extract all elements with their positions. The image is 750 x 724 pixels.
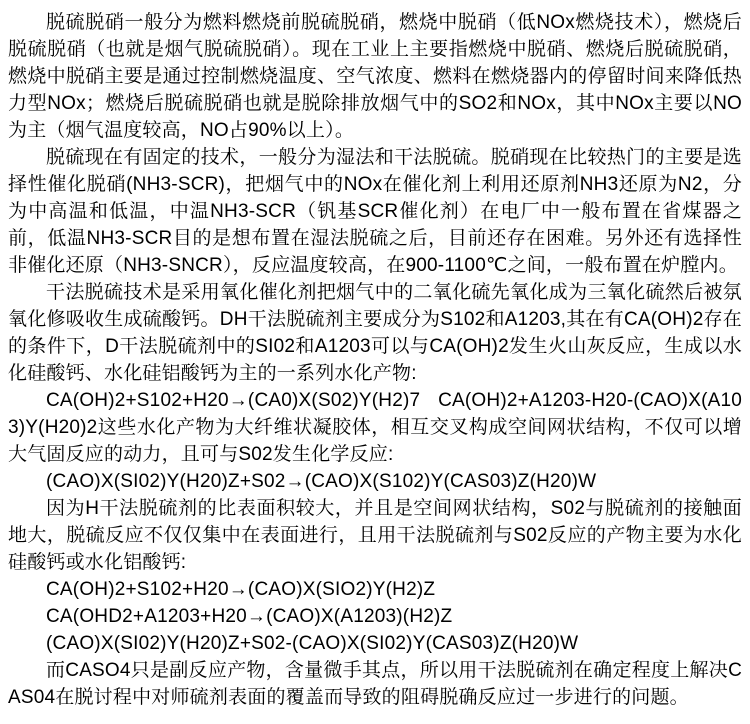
paragraph-surface-area-explanation: 因为H干法脱硫剂的比表面积较大，并且是空间网状结构，S02与脱硫剂的接触面地大，… [8, 495, 742, 576]
paragraph-so2-reaction-formula: (CAO)X(SI02)Y(H20)Z+S02→(CAO)X(S102)Y(CA… [8, 468, 742, 495]
paragraph-caso4-conclusion: 而CASO4只是副反应产物，含量微手其点，所以用干法脱硫剂在确定程度上解决CAS… [8, 657, 742, 711]
paragraph-hydration-reaction-formula: CA(OH)2+S102+H20→(CA0)X(S02)Y(H2)7 CA(OH… [8, 387, 742, 468]
paragraph-formula-al2o3: CA(OHD2+A1203+H20→(CAO)X(A1203)(H2)Z [8, 603, 742, 630]
document-body: 脱硫脱硝一般分为燃料燃烧前脱硫脱硝，燃烧中脱硝（低NOx燃烧技术），燃烧后脱硫脱… [0, 0, 750, 724]
paragraph-scr-sncr-technology: 脱硫现在有固定的技术，一般分为湿法和干法脱硫。脱硝现在比较热门的主要是选择性催化… [8, 144, 742, 279]
paragraph-formula-sio2: CA(OH)2+S102+H20→(CAO)X(SIO2)Y(H2)Z [8, 576, 742, 603]
paragraph-formula-caso3: (CAO)X(SI02)Y(H20)Z+S02-(CAO)X(SI02)Y(CA… [8, 630, 742, 657]
paragraph-intro-desulfurization-denitration: 脱硫脱硝一般分为燃料燃烧前脱硫脱硝，燃烧中脱硝（低NOx燃烧技术），燃烧后脱硫脱… [8, 9, 742, 144]
paragraph-dry-desulfurization-composition: 干法脱硫技术是采用氧化催化剂把烟气中的二氧化硫先氧化成为三氧化硫然后被氛氧化修吸… [8, 279, 742, 387]
